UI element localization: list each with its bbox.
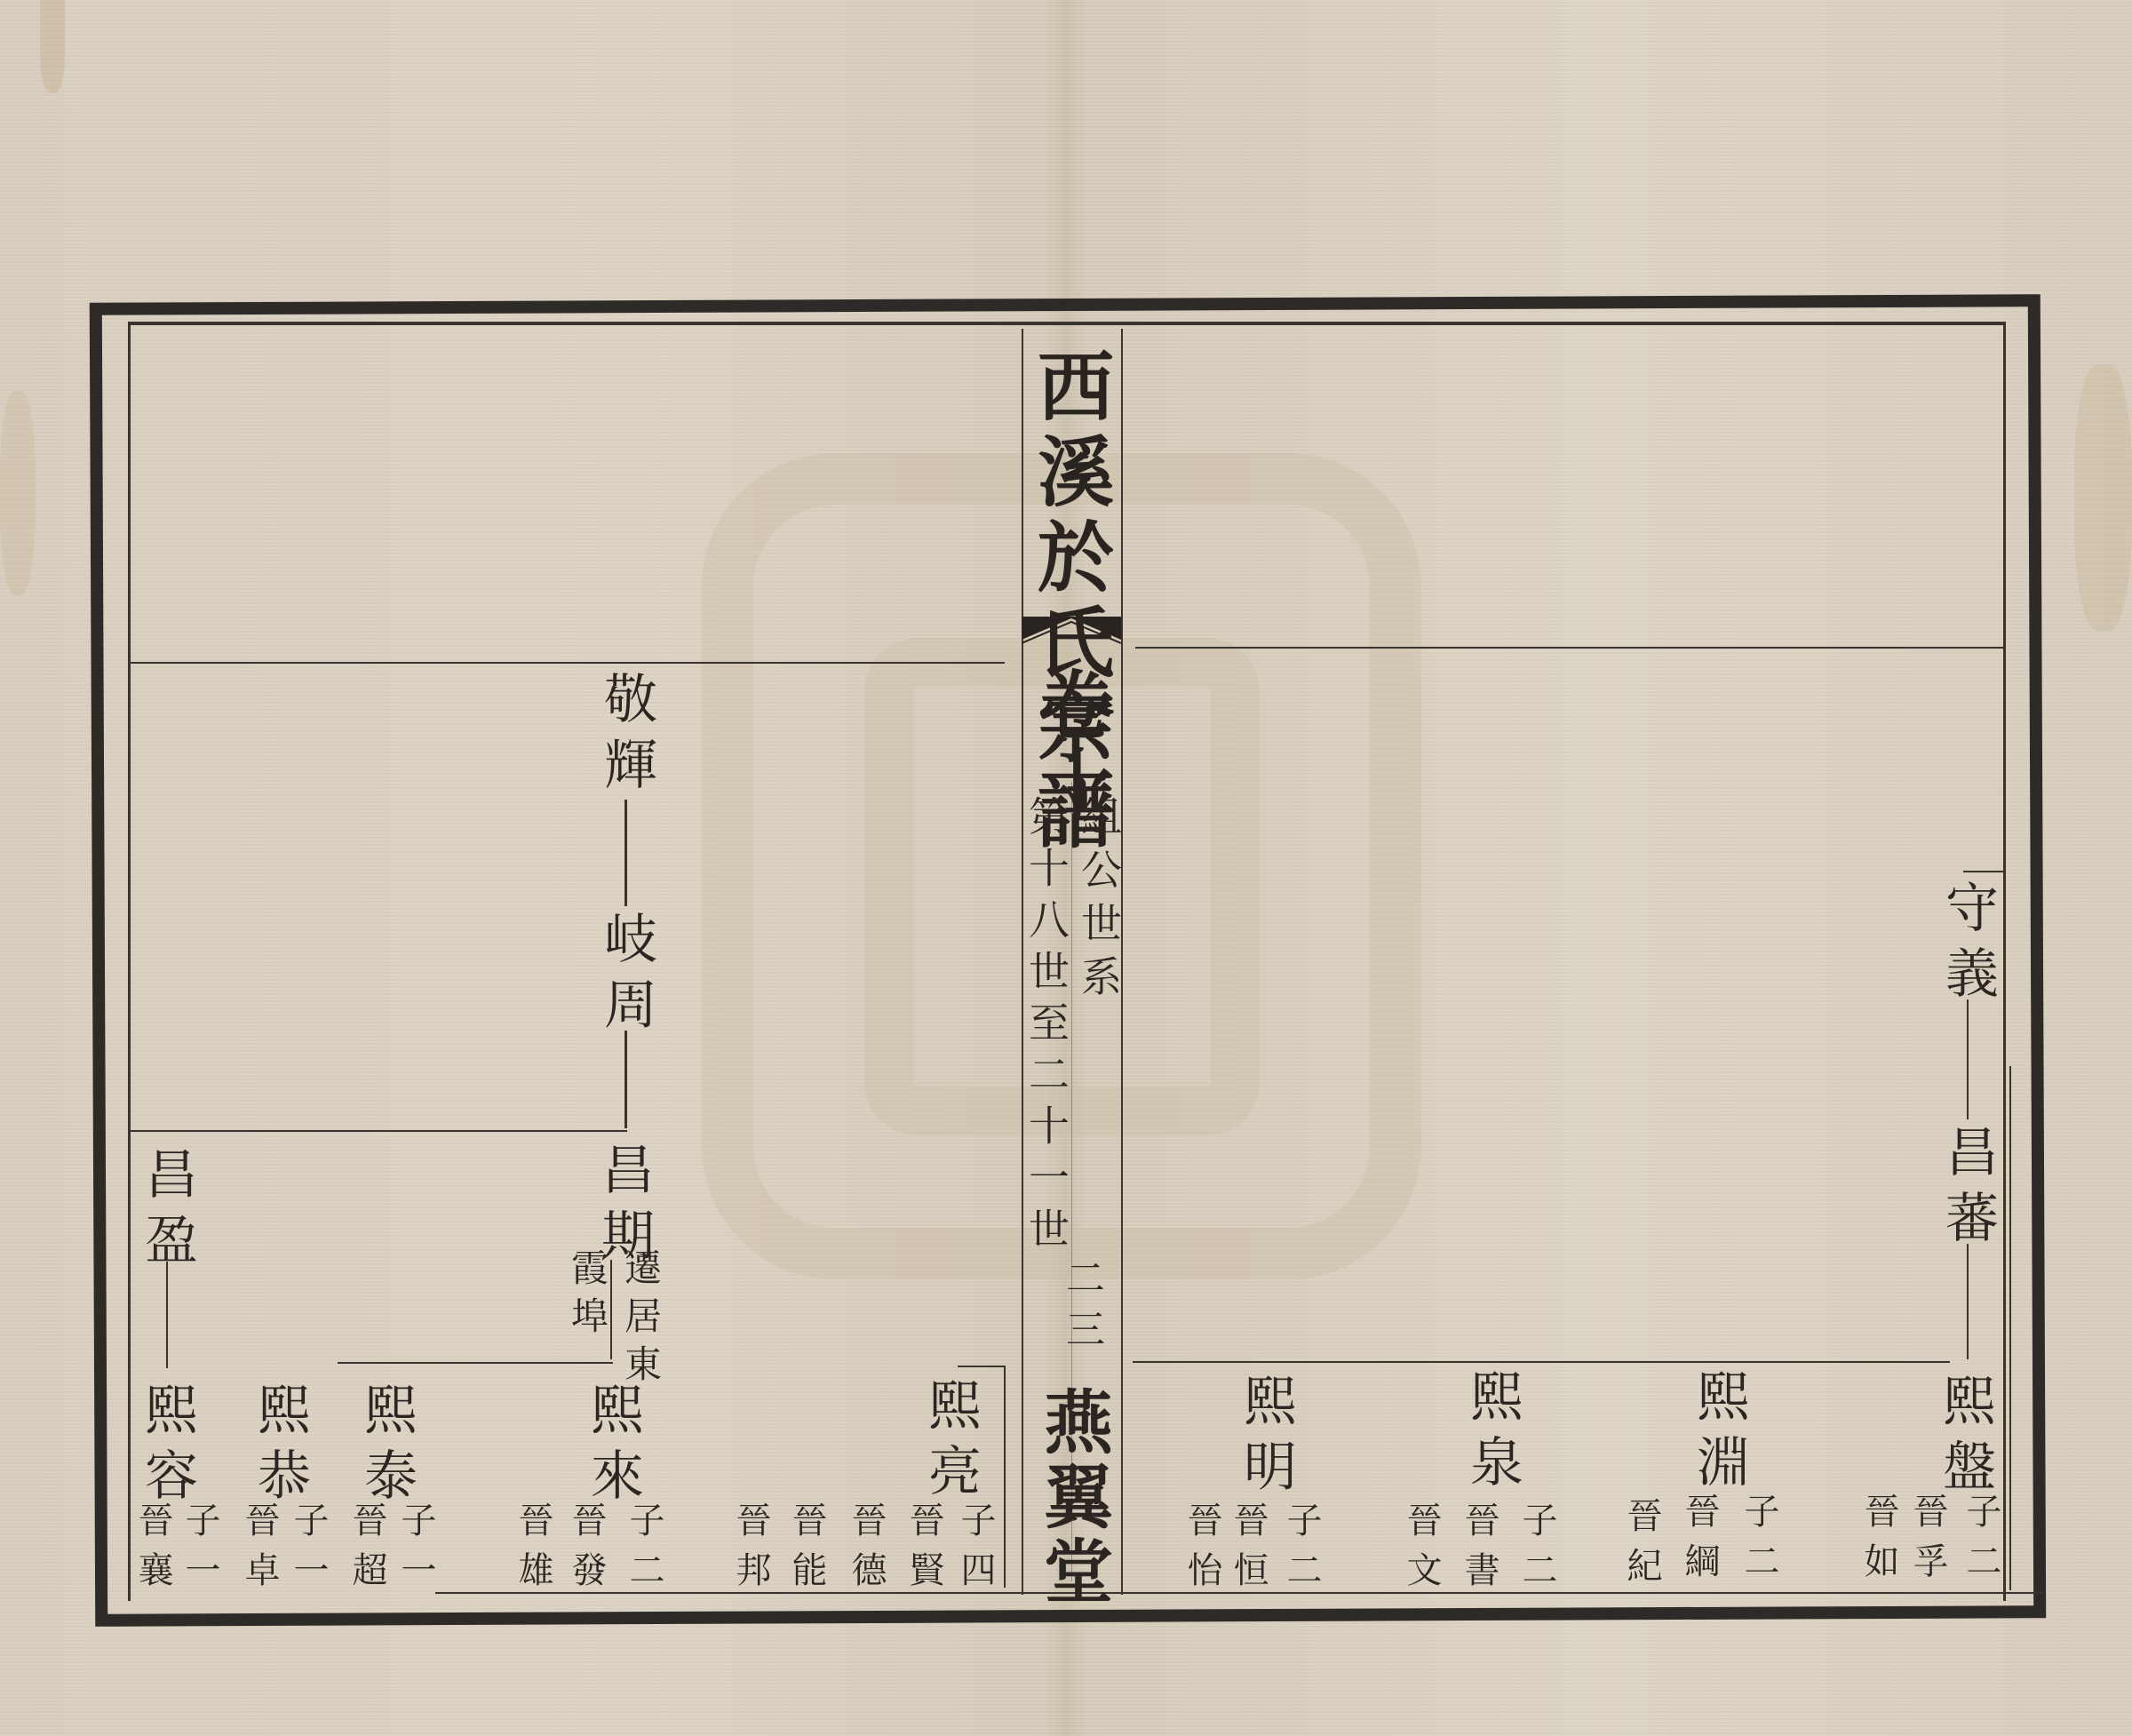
fish-tail-ornament-icon (1022, 613, 1121, 647)
xirong-son-1: 晉襄 (135, 1501, 171, 1601)
xiliang-sons-label: 子四 (958, 1501, 993, 1601)
xipan-son-1: 晉孚 (1910, 1493, 1945, 1592)
line-changfan-xipan (1967, 1244, 1969, 1359)
line-changfan-sons (1133, 1361, 1950, 1363)
person-ximing: 熙明 (1239, 1373, 1293, 1504)
xigong-son-1: 晉卓 (242, 1501, 277, 1601)
xiyuan-son-1: 晉綱 (1682, 1493, 1717, 1592)
line-changqi-xi (610, 1260, 612, 1359)
xilai-son-1: 晉發 (569, 1501, 604, 1601)
xitai-son-1: 晉超 (349, 1501, 385, 1601)
person-xitai: 熙泰 (360, 1382, 413, 1513)
changqi-note-line1: 遷居東 (622, 1248, 659, 1392)
xilai-son-2: 晉雄 (515, 1501, 551, 1601)
xiyuan-sons-label: 子二 (1741, 1493, 1777, 1592)
stain-right-edge (2074, 364, 2132, 631)
person-xilai: 熙來 (586, 1382, 640, 1513)
stain-left-edge (0, 391, 36, 595)
xitai-sons-label: 子一 (398, 1501, 434, 1601)
ximing-son-1: 晉恒 (1230, 1501, 1266, 1601)
line-changying-xirong (166, 1262, 168, 1368)
xipan-son-2: 晉如 (1861, 1493, 1897, 1592)
xipan-sons-label: 子二 (1963, 1493, 1999, 1592)
xilai-sons-label: 子二 (626, 1501, 662, 1601)
line-jinghui-qizhou (624, 800, 627, 906)
line-qizhou-changqi (624, 1031, 627, 1128)
xiliang-son-2: 晉德 (848, 1501, 884, 1601)
page-number: 二三 (1062, 1257, 1101, 1360)
person-xiquan: 熙泉 (1466, 1368, 1519, 1500)
person-changfan: 昌蕃 (1941, 1124, 1994, 1255)
line-xiliang-side (1004, 1366, 1006, 1588)
ximing-sons-label: 子二 (1284, 1501, 1319, 1601)
line-chang-branch (130, 1130, 627, 1132)
person-shouyi: 守義 (1941, 880, 1994, 1011)
person-changying: 昌盈 (140, 1146, 194, 1278)
person-jinghui: 敬輝 (600, 671, 653, 802)
register-divider-right (1135, 647, 2003, 649)
person-xiyuan: 熙淵 (1692, 1368, 1746, 1500)
xiliang-son-1: 晉賢 (906, 1501, 942, 1601)
xiquan-son-1: 晉書 (1461, 1501, 1497, 1601)
line-xiliang-top (958, 1366, 1004, 1367)
lineage-label: 組公世系 (1078, 795, 1119, 1008)
person-xigong: 熙恭 (253, 1382, 306, 1513)
xiquan-sons-label: 子二 (1519, 1501, 1555, 1601)
xiliang-son-3: 晉能 (789, 1501, 824, 1601)
generation-range: 第十八世至二十一世 (1026, 795, 1067, 1259)
changqi-note-line2: 霞埠 (569, 1248, 606, 1344)
stain-top-left (40, 0, 65, 93)
person-xipan: 熙盤 (1938, 1373, 1992, 1504)
xiquan-son-2: 晉文 (1404, 1501, 1439, 1601)
line-changqi-sons (338, 1362, 613, 1364)
person-qizhou: 岐周 (600, 911, 653, 1042)
ximing-son-2: 晉怡 (1184, 1501, 1220, 1601)
register-divider-left (130, 662, 1005, 664)
person-xirong: 熙容 (140, 1382, 194, 1513)
right-inner-side-line (2009, 1066, 2011, 1590)
xiyuan-son-2: 晉紀 (1624, 1497, 1659, 1597)
line-shouyi-top (1963, 871, 2003, 872)
xigong-sons-label: 子一 (290, 1501, 326, 1601)
line-shouyi-changfan (1967, 999, 1969, 1119)
person-xiliang: 熙亮 (924, 1377, 977, 1509)
xiliang-son-4: 晉邦 (733, 1501, 768, 1601)
xirong-sons-label: 子一 (182, 1501, 218, 1601)
hall-name: 燕翼堂 (1038, 1386, 1107, 1610)
